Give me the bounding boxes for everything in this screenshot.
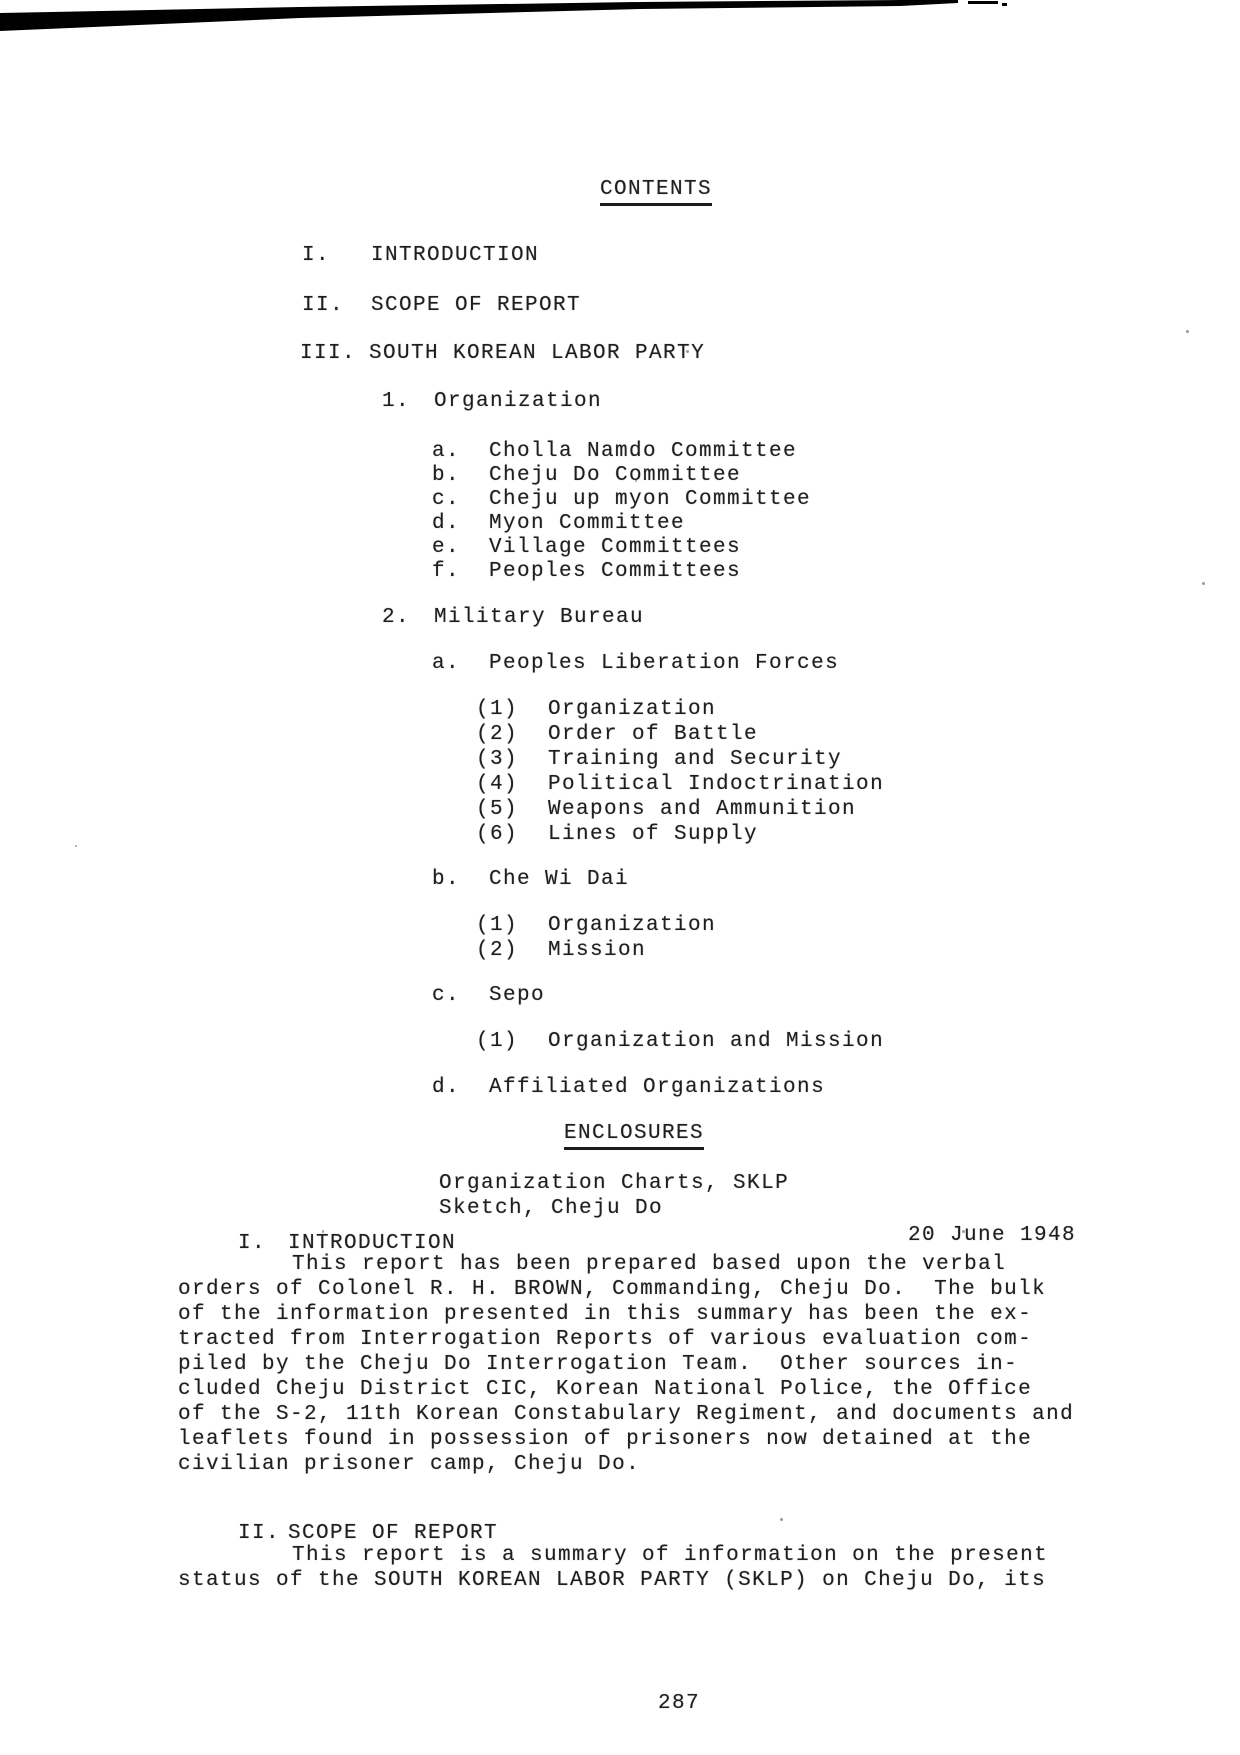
scan-speck: [962, 1230, 965, 1233]
scan-speck: [635, 480, 637, 482]
scan-artifact-top-edge: [0, 0, 1010, 34]
scan-speck: [322, 1230, 324, 1233]
scan-speck: [1186, 330, 1189, 333]
scan-speck: [75, 845, 77, 847]
toc-entry-label: INTRODUCTION: [371, 244, 539, 267]
toc-entry-number: II.: [302, 293, 371, 318]
introduction-paragraph: This report has been prepared based upon…: [178, 1252, 1074, 1477]
toc-entry-label: Mission: [548, 939, 646, 962]
paragraph-line: tracted from Interrogation Reports of va…: [178, 1327, 1074, 1352]
page-number-text: 287: [658, 1692, 700, 1715]
paragraph-line: orders of Colonel R. H. BROWN, Commandin…: [178, 1277, 1074, 1302]
paragraph-line: status of the SOUTH KOREAN LABOR PARTY (…: [178, 1568, 1048, 1593]
contents-heading: CONTENTS: [544, 152, 712, 227]
paragraph-line: of the S-2, 11th Korean Constabulary Reg…: [178, 1402, 1074, 1427]
toc-entry-number: 1.: [382, 389, 434, 414]
scanned-document-page: CONTENTS I.INTRODUCTION II.SCOPE OF REPO…: [0, 0, 1240, 1755]
scope-paragraph: This report is a summary of information …: [178, 1543, 1048, 1593]
toc-entry-label: SOUTH KOREAN LABOR PARTY: [369, 342, 705, 365]
paragraph-line: cluded Cheju District CIC, Korean Nation…: [178, 1377, 1074, 1402]
scan-artifact-dot: [1002, 3, 1007, 6]
document-date-text: 20 June 1948: [908, 1224, 1076, 1247]
paragraph-line: of the information presented in this sum…: [178, 1302, 1074, 1327]
scan-speck: [780, 1518, 783, 1521]
paragraph-line: leaflets found in possession of prisoner…: [178, 1427, 1074, 1452]
enclosure-item-text: Sketch, Cheju Do: [439, 1197, 663, 1220]
scan-speck: [686, 350, 689, 353]
scan-artifact-dash: [968, 1, 998, 4]
toc-entry-number: I.: [302, 243, 371, 268]
toc-entry-label: Organization: [434, 390, 602, 413]
scan-speck: [512, 249, 515, 252]
paragraph-line: piled by the Cheju Do Interrogation Team…: [178, 1352, 1074, 1377]
toc-entry-number: d.: [432, 1075, 489, 1100]
toc-entry-number: III.: [300, 341, 369, 366]
scan-speck: [1202, 582, 1205, 585]
scan-speck: [420, 1534, 422, 1536]
section-title: SCOPE OF REPORT: [288, 1522, 498, 1545]
paragraph-line: This report has been prepared based upon…: [292, 1252, 1074, 1277]
page-number: 287: [602, 1666, 700, 1741]
contents-heading-text: CONTENTS: [600, 178, 712, 206]
paragraph-line: This report is a summary of information …: [292, 1543, 1048, 1568]
toc-entry-label: SCOPE OF REPORT: [371, 294, 581, 317]
paragraph-line: civilian prisoner camp, Cheju Do.: [178, 1452, 1074, 1477]
